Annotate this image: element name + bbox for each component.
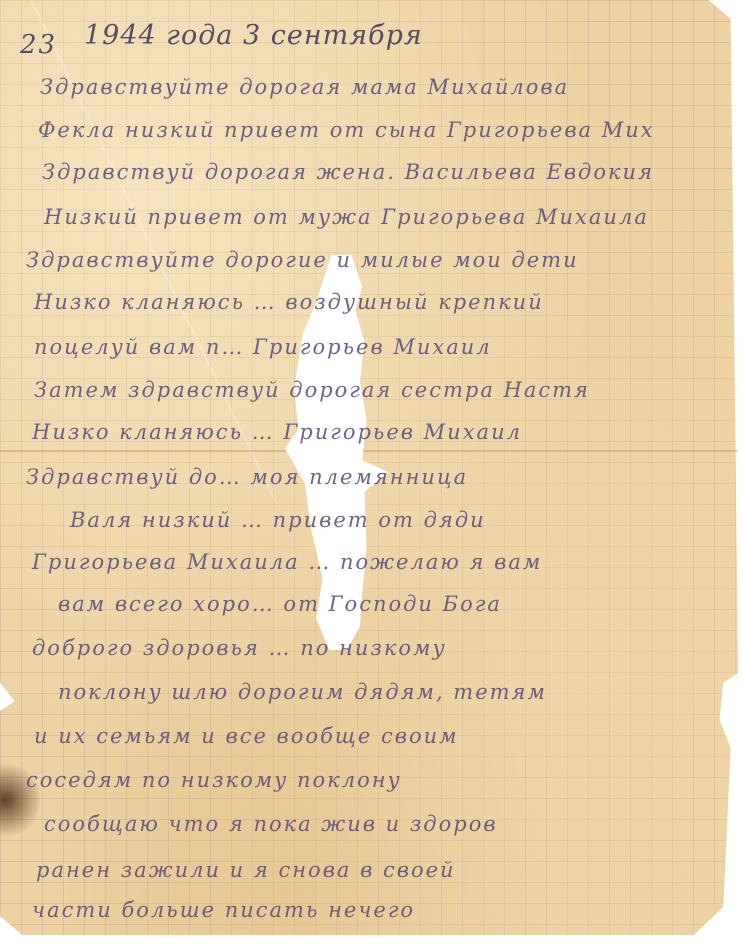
letter-line: Низко кланяюсь … воздушный крепкий [34,290,544,314]
letter-date: 1944 года 3 сентября [84,20,423,51]
letter-line: и их семьям и все вообще своим [34,724,459,748]
letter-line: Валя низкий … привет от дяди [70,508,486,532]
letter-line: Здравствуй до… моя племянница [26,465,468,489]
letter-line: поклону шлю дорогим дядям, тетям [58,680,547,704]
letter-line: сообщаю что я пока жив и здоров [44,812,498,836]
letter-line: Низко кланяюсь … Григорьев Михаил [32,420,522,444]
letter-line: Затем здравствуй дорогая сестра Настя [34,378,590,402]
letter-line: доброго здоровья … по низкому [32,636,447,660]
letter-line: поцелуй вам п… Григорьев Михаил [34,335,492,359]
letter-line: Здравствуйте дорогие и милые мои дети [26,248,579,272]
letter-line: Григорьева Михаила … пожелаю я вам [32,550,542,574]
letter-line: Здравствуй дорогая жена. Васильева Евдок… [42,160,654,184]
corner-mark: 23 [20,30,57,60]
letter-line: Фекла низкий привет от сына Григорьева М… [38,118,655,142]
letter-line: соседям по низкому поклону [26,768,402,792]
letter-line: Здравствуйте дорогая мама Михайлова [40,75,569,99]
letter-line: ранен зажили и я снова в своей [36,858,456,882]
letter-line: вам всего хоро… от Господи Бога [58,592,502,616]
letter-line: Низкий привет от мужа Григорьева Михаила [44,205,649,229]
letter-text: 23 1944 года 3 сентября Здравствуйте дор… [0,0,738,935]
letter-line: части больше писать нечего [32,898,415,922]
